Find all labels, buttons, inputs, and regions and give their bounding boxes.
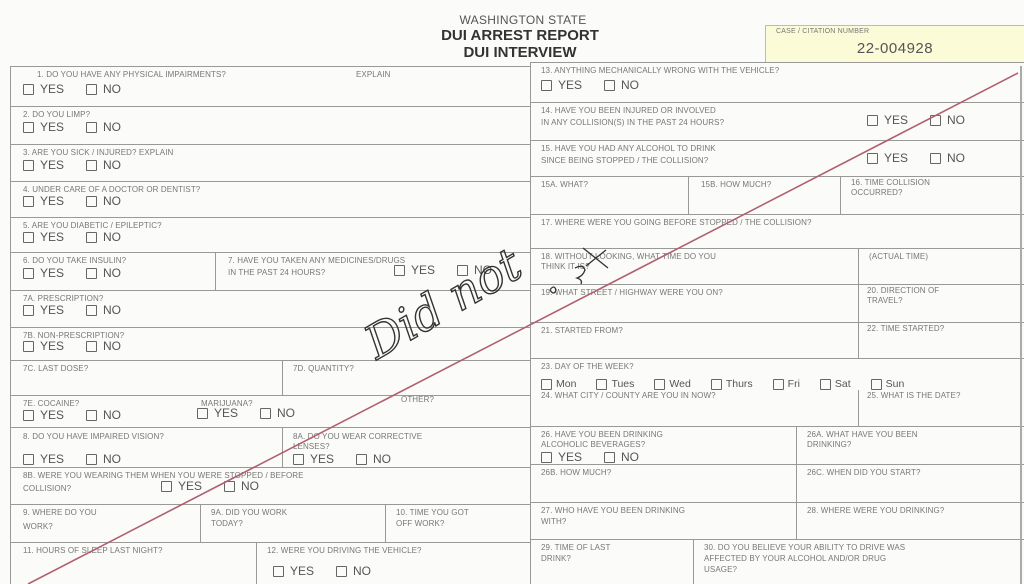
yes-label: YES: [884, 151, 908, 165]
day-fri-checkbox[interactable]: [773, 379, 784, 390]
q22-cell: 22. TIME STARTED?: [858, 322, 1024, 358]
day-tues-checkbox[interactable]: [596, 379, 607, 390]
q9-label-line2: WORK?: [23, 521, 53, 532]
q8b-cell: 8B. WERE YOU WEARING THEM WHEN YOU WERE …: [10, 467, 530, 504]
q1-label: 1. DO YOU HAVE ANY PHYSICAL IMPAIRMENTS?: [37, 69, 226, 80]
q8b-no-checkbox[interactable]: [224, 481, 235, 492]
q4-cell: 4. UNDER CARE OF A DOCTOR OR DENTIST? YE…: [10, 181, 530, 217]
q3-label: 3. ARE YOU SICK / INJURED? EXPLAIN: [23, 147, 173, 158]
q6-label: 6. DO YOU TAKE INSULIN?: [23, 255, 126, 266]
day-sat-checkbox[interactable]: [820, 379, 831, 390]
q7d-label: 7D. QUANTITY?: [293, 363, 354, 374]
q9a-label-line1: 9A. DID YOU WORK: [211, 507, 287, 518]
q8a-no-checkbox[interactable]: [356, 454, 367, 465]
q15b-label: 15B. HOW MUCH?: [701, 179, 771, 190]
q8-label: 8. DO YOU HAVE IMPAIRED VISION?: [23, 431, 164, 442]
form-title: DUI ARREST REPORT: [400, 27, 640, 44]
q7c-label: 7C. LAST DOSE?: [23, 363, 88, 374]
no-label: NO: [103, 266, 121, 280]
day-sun-checkbox[interactable]: [871, 379, 882, 390]
day-label: Mon: [556, 378, 576, 390]
q23-cell: 23. DAY OF THE WEEK? Mon Tues Wed Thurs …: [530, 358, 1024, 390]
day-label: Sun: [886, 378, 905, 390]
day-label: Tues: [611, 378, 634, 390]
q29-label-line1: 29. TIME OF LAST: [541, 542, 610, 553]
yes-label: YES: [214, 406, 238, 420]
q9a-label-line2: TODAY?: [211, 518, 243, 529]
q3-no-checkbox[interactable]: [86, 160, 97, 171]
q16-label-line2: OCCURRED?: [851, 187, 903, 198]
no-label: NO: [103, 303, 121, 317]
cocaine-yes-checkbox[interactable]: [23, 410, 34, 421]
q7-label-line1: 7. HAVE YOU TAKEN ANY MEDICINES/DRUGS: [228, 255, 405, 266]
q22-label: 22. TIME STARTED?: [867, 323, 944, 334]
q5-cell: 5. ARE YOU DIABETIC / EPILEPTIC? YES NO: [10, 217, 530, 252]
q15-label-line1: 15. HAVE YOU HAD ANY ALCOHOL TO DRINK: [541, 143, 716, 154]
q9-label-line1: 9. WHERE DO YOU: [23, 507, 97, 518]
q2-cell: 2. DO YOU LIMP? YES NO: [10, 106, 530, 144]
q30-label-line2: AFFECTED BY YOUR ALCOHOL AND/OR DRUG: [704, 553, 886, 564]
no-label: NO: [277, 406, 295, 420]
q15a-cell: 15A. WHAT?: [530, 176, 688, 214]
q14-label-line2: IN ANY COLLISION(S) IN THE PAST 24 HOURS…: [541, 117, 724, 128]
q5-no-checkbox[interactable]: [86, 232, 97, 243]
q27-label-line1: 27. WHO HAVE YOU BEEN DRINKING: [541, 505, 685, 516]
q24-cell: 24. WHAT CITY / COUNTY ARE YOU IN NOW?: [530, 390, 858, 426]
q26c-cell: 26C. WHEN DID YOU START?: [796, 464, 1024, 502]
yes-label: YES: [40, 452, 64, 466]
actual-time-label: (ACTUAL TIME): [869, 251, 928, 262]
yes-label: YES: [40, 408, 64, 422]
no-label: NO: [103, 158, 121, 172]
q7e-cell: 7E. COCAINE? MARIJUANA? OTHER? YES NO YE…: [10, 395, 530, 427]
q26b-cell: 26B. HOW MUCH?: [530, 464, 796, 502]
q7a-cell: 7A. PRESCRIPTION? YES NO: [10, 290, 530, 327]
no-label: NO: [103, 339, 121, 353]
case-number-value: 22-004928: [766, 40, 1024, 57]
q11-cell: 11. HOURS OF SLEEP LAST NIGHT?: [10, 542, 256, 584]
q16-cell: 16. TIME COLLISION OCCURRED?: [840, 176, 1024, 214]
q7d-cell: 7D. QUANTITY?: [282, 360, 530, 395]
q28-label: 28. WHERE WERE YOU DRINKING?: [807, 505, 944, 516]
form-state-heading: WASHINGTON STATE: [418, 13, 628, 27]
q7b-yes-checkbox[interactable]: [23, 341, 34, 352]
q17-label: 17. WHERE WERE YOU GOING BEFORE STOPPED …: [541, 217, 812, 228]
q12-label: 12. WERE YOU DRIVING THE VEHICLE?: [267, 545, 422, 556]
q15-yes-checkbox[interactable]: [867, 153, 878, 164]
yes-label: YES: [40, 158, 64, 172]
q7b-cell: 7B. NON-PRESCRIPTION? YES NO: [10, 327, 530, 360]
q3-yes-checkbox[interactable]: [23, 160, 34, 171]
day-wed-checkbox[interactable]: [654, 379, 665, 390]
yes-label: YES: [40, 194, 64, 208]
q26-cell: 26. HAVE YOU BEEN DRINKING ALCOHOLIC BEV…: [530, 426, 796, 464]
marijuana-no-checkbox[interactable]: [260, 408, 271, 419]
q8a-cell: 8A. DO YOU WEAR CORRECTIVE LENSES? YES N…: [282, 427, 530, 467]
q5-yes-checkbox[interactable]: [23, 232, 34, 243]
q26a-label-line2: DRINKING?: [807, 439, 851, 450]
q8b-label-line2: COLLISION?: [23, 483, 71, 494]
q30-cell: 30. DO YOU BELIEVE YOUR ABILITY TO DRIVE…: [693, 539, 1024, 584]
q13-label: 13. ANYTHING MECHANICALLY WRONG WITH THE…: [541, 65, 779, 76]
q10-label-line1: 10. TIME YOU GOT: [396, 507, 469, 518]
no-label: NO: [621, 78, 639, 92]
no-label: NO: [947, 113, 965, 127]
day-thurs-checkbox[interactable]: [711, 379, 722, 390]
q7-yes-checkbox[interactable]: [394, 265, 405, 276]
q8b-yes-checkbox[interactable]: [161, 481, 172, 492]
q7-cell: 7. HAVE YOU TAKEN ANY MEDICINES/DRUGS IN…: [215, 252, 530, 290]
q26-yes-checkbox[interactable]: [541, 452, 552, 463]
q26-no-checkbox[interactable]: [604, 452, 615, 463]
q13-cell: 13. ANYTHING MECHANICALLY WRONG WITH THE…: [530, 62, 1024, 102]
no-label: NO: [474, 263, 492, 277]
q14-cell: 14. HAVE YOU BEEN INJURED OR INVOLVED IN…: [530, 102, 1024, 140]
q25-cell: 25. WHAT IS THE DATE?: [858, 390, 1024, 426]
no-label: NO: [103, 194, 121, 208]
q6-yes-checkbox[interactable]: [23, 268, 34, 279]
q9-cell: 9. WHERE DO YOU WORK?: [10, 504, 200, 542]
q7a-yes-checkbox[interactable]: [23, 305, 34, 316]
q7c-cell: 7C. LAST DOSE?: [10, 360, 282, 395]
q15-label-line2: SINCE BEING STOPPED / THE COLLISION?: [541, 155, 708, 166]
q3-cell: 3. ARE YOU SICK / INJURED? EXPLAIN YES N…: [10, 144, 530, 181]
yes-label: YES: [40, 266, 64, 280]
q27-label-line2: WITH?: [541, 516, 566, 527]
case-number-box: CASE / CITATION NUMBER 22-004928: [765, 25, 1024, 63]
q2-label: 2. DO YOU LIMP?: [23, 109, 90, 120]
q1-explain-label: EXPLAIN: [356, 69, 391, 80]
q2-yes-checkbox[interactable]: [23, 122, 34, 133]
q4-no-checkbox[interactable]: [86, 196, 97, 207]
q26b-label: 26B. HOW MUCH?: [541, 467, 611, 478]
q6-no-checkbox[interactable]: [86, 268, 97, 279]
q18-cell: 18. WITHOUT LOOKING, WHAT TIME DO YOU TH…: [530, 248, 858, 284]
day-label: Fri: [788, 378, 800, 390]
q20-cell: 20. DIRECTION OF TRAVEL?: [858, 284, 1024, 322]
yes-label: YES: [290, 564, 314, 578]
q21-cell: 21. STARTED FROM?: [530, 322, 858, 358]
q6-cell: 6. DO YOU TAKE INSULIN? YES NO: [10, 252, 215, 290]
q7-no-checkbox[interactable]: [457, 265, 468, 276]
no-label: NO: [621, 450, 639, 464]
yes-label: YES: [40, 82, 64, 96]
yes-label: YES: [40, 120, 64, 134]
yes-label: YES: [558, 450, 582, 464]
marijuana-yes-checkbox[interactable]: [197, 408, 208, 419]
yes-label: YES: [40, 230, 64, 244]
q30-label-line3: USAGE?: [704, 564, 737, 575]
no-label: NO: [103, 82, 121, 96]
yes-label: YES: [884, 113, 908, 127]
no-label: NO: [103, 452, 121, 466]
yes-label: YES: [411, 263, 435, 277]
q19-label: 19. WHAT STREET / HIGHWAY WERE YOU ON?: [541, 287, 723, 298]
yes-label: YES: [40, 303, 64, 317]
q7-label-line2: IN THE PAST 24 HOURS?: [228, 267, 325, 278]
q21-label: 21. STARTED FROM?: [541, 325, 623, 336]
q23-label: 23. DAY OF THE WEEK?: [541, 361, 634, 372]
q19-cell: 19. WHAT STREET / HIGHWAY WERE YOU ON?: [530, 284, 858, 322]
q15-cell: 15. HAVE YOU HAD ANY ALCOHOL TO DRINK SI…: [530, 140, 1024, 176]
q7a-no-checkbox[interactable]: [86, 305, 97, 316]
day-label: Wed: [669, 378, 690, 390]
q15b-cell: 15B. HOW MUCH?: [688, 176, 840, 214]
q7b-no-checkbox[interactable]: [86, 341, 97, 352]
q30-label-line1: 30. DO YOU BELIEVE YOUR ABILITY TO DRIVE…: [704, 542, 905, 553]
q14-label-line1: 14. HAVE YOU BEEN INJURED OR INVOLVED: [541, 105, 716, 116]
q20-label-line2: TRAVEL?: [867, 295, 903, 306]
no-label: NO: [241, 479, 259, 493]
yes-label: YES: [40, 339, 64, 353]
q12-yes-checkbox[interactable]: [273, 566, 284, 577]
q8a-yes-checkbox[interactable]: [293, 454, 304, 465]
day-mon-checkbox[interactable]: [541, 379, 552, 390]
q29-label-line2: DRINK?: [541, 553, 571, 564]
q17-cell: 17. WHERE WERE YOU GOING BEFORE STOPPED …: [530, 214, 1024, 248]
q25-label: 25. WHAT IS THE DATE?: [867, 390, 961, 401]
yes-label: YES: [310, 452, 334, 466]
no-label: NO: [103, 230, 121, 244]
day-of-week-options: Mon Tues Wed Thurs Fri Sat Sun: [541, 378, 924, 390]
q15a-label: 15A. WHAT?: [541, 179, 588, 190]
q1-yes-checkbox[interactable]: [23, 84, 34, 95]
q1-cell: 1. DO YOU HAVE ANY PHYSICAL IMPAIRMENTS?…: [10, 66, 530, 106]
q1-no-checkbox[interactable]: [86, 84, 97, 95]
q13-yes-checkbox[interactable]: [541, 80, 552, 91]
no-label: NO: [373, 452, 391, 466]
no-label: NO: [947, 151, 965, 165]
form-right-border: [1020, 66, 1022, 584]
day-label: Sat: [835, 378, 851, 390]
actual-time-cell: (ACTUAL TIME): [858, 248, 1024, 284]
q26a-cell: 26A. WHAT HAVE YOU BEEN DRINKING?: [796, 426, 1024, 464]
q26-label-line2: ALCOHOLIC BEVERAGES?: [541, 439, 645, 450]
day-label: Thurs: [726, 378, 753, 390]
no-label: NO: [103, 120, 121, 134]
no-label: NO: [353, 564, 371, 578]
q14-yes-checkbox[interactable]: [867, 115, 878, 126]
q10-label-line2: OFF WORK?: [396, 518, 444, 529]
q13-no-checkbox[interactable]: [604, 80, 615, 91]
yes-label: YES: [178, 479, 202, 493]
q14-no-checkbox[interactable]: [930, 115, 941, 126]
q9a-cell: 9A. DID YOU WORK TODAY?: [200, 504, 385, 542]
no-label: NO: [103, 408, 121, 422]
q18-label-line2: THINK IT IS?: [541, 261, 590, 272]
q11-label: 11. HOURS OF SLEEP LAST NIGHT?: [23, 545, 163, 556]
q8a-label-line2: LENSES?: [293, 441, 330, 452]
q15-no-checkbox[interactable]: [930, 153, 941, 164]
q26c-label: 26C. WHEN DID YOU START?: [807, 467, 921, 478]
q27-cell: 27. WHO HAVE YOU BEEN DRINKING WITH?: [530, 502, 796, 539]
q4-yes-checkbox[interactable]: [23, 196, 34, 207]
other-label: OTHER?: [401, 394, 434, 405]
q24-label: 24. WHAT CITY / COUNTY ARE YOU IN NOW?: [541, 390, 716, 401]
yes-label: YES: [558, 78, 582, 92]
case-number-label: CASE / CITATION NUMBER: [776, 28, 869, 35]
q28-cell: 28. WHERE WERE YOU DRINKING?: [796, 502, 1024, 539]
q8-yes-checkbox[interactable]: [23, 454, 34, 465]
q12-cell: 12. WERE YOU DRIVING THE VEHICLE? YES NO: [256, 542, 530, 584]
q29-cell: 29. TIME OF LAST DRINK?: [530, 539, 693, 584]
form-subtitle: DUI INTERVIEW: [400, 44, 640, 61]
q10-cell: 10. TIME YOU GOT OFF WORK?: [385, 504, 530, 542]
q8-no-checkbox[interactable]: [86, 454, 97, 465]
q8-cell: 8. DO YOU HAVE IMPAIRED VISION? YES NO: [10, 427, 282, 467]
q12-no-checkbox[interactable]: [336, 566, 347, 577]
q2-no-checkbox[interactable]: [86, 122, 97, 133]
cocaine-no-checkbox[interactable]: [86, 410, 97, 421]
